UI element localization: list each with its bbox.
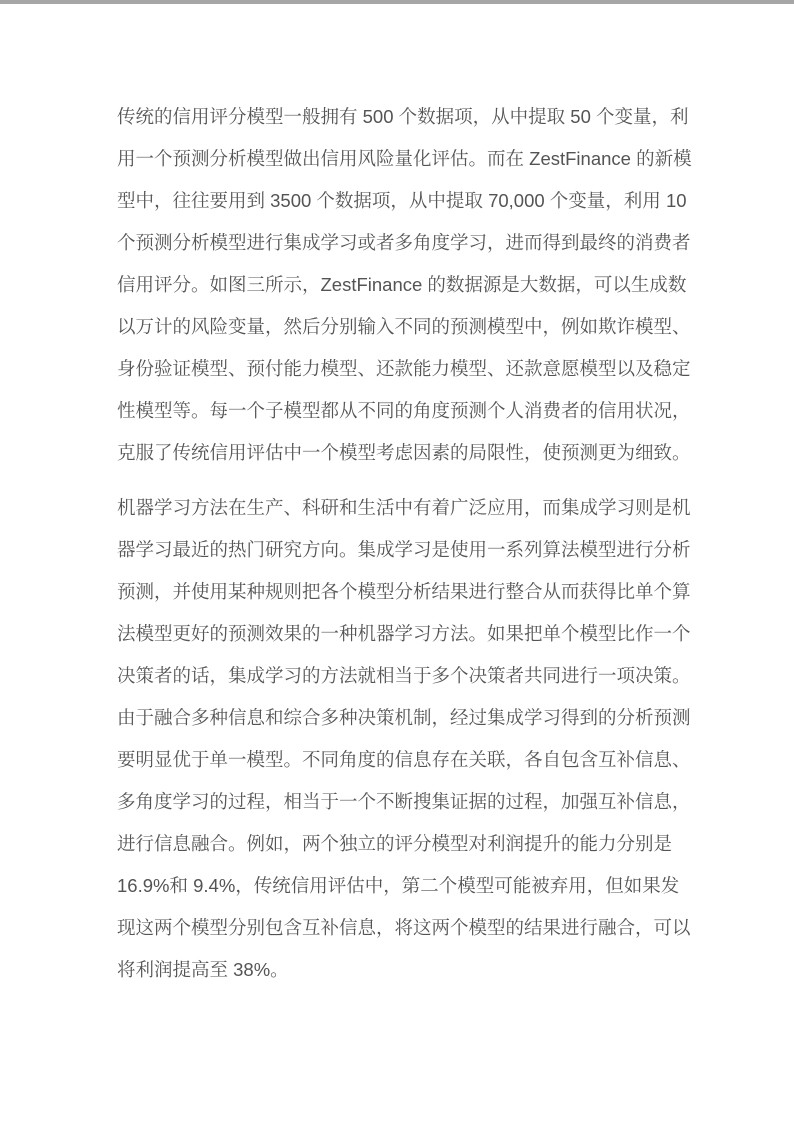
- text-line: 用一个预测分析模型做出信用风险量化评估。而在 ZestFinance 的新模: [117, 138, 684, 180]
- text-line: 以万计的风险变量，然后分别输入不同的预测模型中，例如欺诈模型、: [117, 306, 684, 348]
- text-line: 由于融合多种信息和综合多种决策机制，经过集成学习得到的分析预测: [117, 697, 684, 739]
- text-line: 多角度学习的过程，相当于一个不断搜集证据的过程，加强互补信息，: [117, 781, 684, 823]
- text-line: 法模型更好的预测效果的一种机器学习方法。如果把单个模型比作一个: [117, 613, 684, 655]
- text-line: 将利润提高至 38%。: [117, 949, 684, 991]
- text-line: 型中，往往要用到 3500 个数据项，从中提取 70,000 个变量，利用 10: [117, 180, 684, 222]
- text-line: 器学习最近的热门研究方向。集成学习是使用一系列算法模型进行分析: [117, 529, 684, 571]
- text-line: 决策者的话，集成学习的方法就相当于多个决策者共同进行一项决策。: [117, 655, 684, 697]
- text-line: 传统的信用评分模型一般拥有 500 个数据项，从中提取 50 个变量，利: [117, 96, 684, 138]
- text-line: 信用评分。如图三所示，ZestFinance 的数据源是大数据，可以生成数: [117, 264, 684, 306]
- text-line: 个预测分析模型进行集成学习或者多角度学习，进而得到最终的消费者: [117, 222, 684, 264]
- text-line: 克服了传统信用评估中一个模型考虑因素的局限性，使预测更为细致。: [117, 432, 684, 474]
- text-line: 身份验证模型、预付能力模型、还款能力模型、还款意愿模型以及稳定: [117, 348, 684, 390]
- text-line: 性模型等。每一个子模型都从不同的角度预测个人消费者的信用状况，: [117, 390, 684, 432]
- text-line: 现这两个模型分别包含互补信息，将这两个模型的结果进行融合，可以: [117, 907, 684, 949]
- text-line: 16.9%和 9.4%，传统信用评估中，第二个模型可能被弃用，但如果发: [117, 865, 684, 907]
- text-line: 预测，并使用某种规则把各个模型分析结果进行整合从而获得比单个算: [117, 571, 684, 613]
- document-page: 传统的信用评分模型一般拥有 500 个数据项，从中提取 50 个变量，利 用一个…: [0, 0, 794, 1123]
- paragraph-ensemble-learning: 机器学习方法在生产、科研和生活中有着广泛应用，而集成学习则是机 器学习最近的热门…: [117, 487, 684, 991]
- text-line: 进行信息融合。例如，两个独立的评分模型对利润提升的能力分别是: [117, 823, 684, 865]
- text-line: 要明显优于单一模型。不同角度的信息存在关联，各自包含互补信息、: [117, 739, 684, 781]
- text-line: 机器学习方法在生产、科研和生活中有着广泛应用，而集成学习则是机: [117, 487, 684, 529]
- paragraph-credit-scoring-models: 传统的信用评分模型一般拥有 500 个数据项，从中提取 50 个变量，利 用一个…: [117, 96, 684, 474]
- page-content: 传统的信用评分模型一般拥有 500 个数据项，从中提取 50 个变量，利 用一个…: [0, 4, 794, 991]
